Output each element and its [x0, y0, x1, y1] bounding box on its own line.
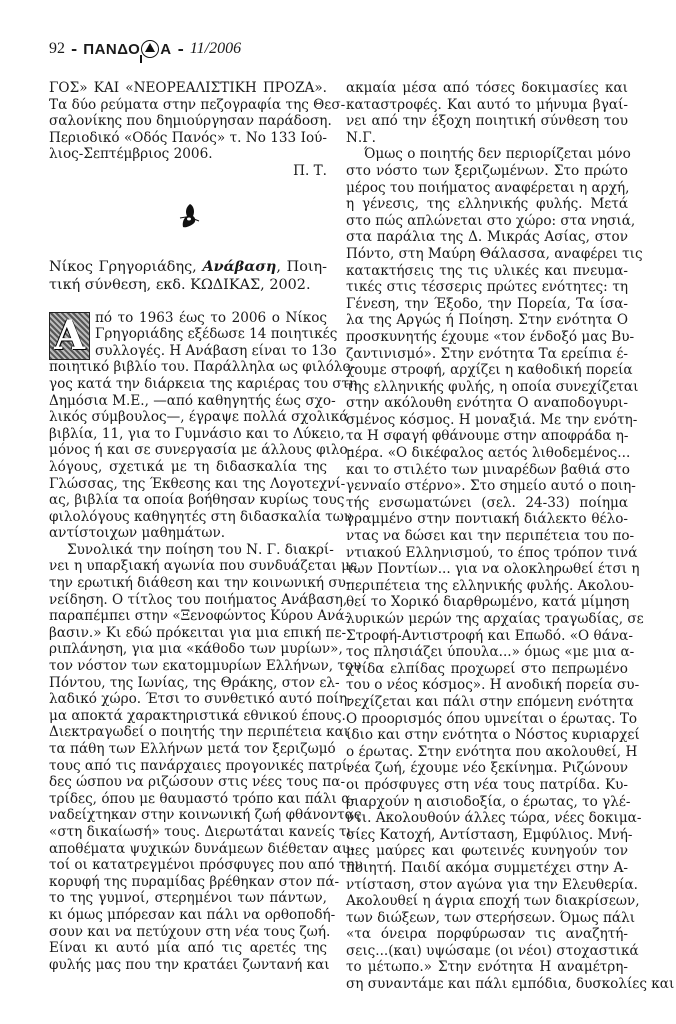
text-line: των Ποντίων... για να ολοκληρωθεί έτσι η — [346, 561, 628, 578]
text-line: Συνολικά την ποίηση του Ν. Γ. διακρί- — [49, 542, 327, 559]
text-line: λιος-Σεπτέμβριος 2006. — [49, 146, 327, 163]
text-line: χουμε στροφή, αρχίζει η καθοδική πορεία — [346, 362, 628, 379]
text-line: και το στιλέτο των μιναρέδων βαθιά στο — [346, 462, 628, 479]
text-line: ζαντινισμό». Στην ενότητα Τα ερείπια έ- — [346, 346, 628, 363]
text-line: τος πλησιάζει ύπουλα...» όμως «με μια α- — [346, 644, 628, 661]
text-line: αντίστοιχων μαθημάτων. — [49, 525, 327, 542]
review-body: Α πό το 1963 έως το 2006 ο Νίκος Γρηγορι… — [49, 310, 327, 974]
header-separator-2: - — [178, 40, 184, 58]
text-line: προσκυνητής έχουμε «τον ένδοξό μας Βυ- — [346, 329, 628, 346]
text-line: Ακολουθεί η άγρια εποχή των διακρίσεων, — [346, 893, 628, 910]
text-line: λα της Αργώς ή Ποίηση. Στην ενότητα Ο — [346, 312, 628, 329]
text-line: η γένεσις, της ελληνικής φυλής. Μετά — [346, 196, 628, 213]
text-line: καταστροφές. Και αυτό το μήνυμα βγαί- — [346, 97, 628, 114]
text-line: σουν και να πετύχουν στη νέα τους ζωή. — [49, 924, 327, 941]
text-line: ακμαία μέσα από τόσες δοκιμασίες και — [346, 80, 628, 97]
book-title: Ανάβαση — [202, 258, 276, 275]
text-line: Δημόσια Μ.Ε., —από καθηγητής έως σχο- — [49, 393, 327, 410]
text-line: Διεκτραγωδεί ο ποιητής την περιπέτεια κα… — [49, 724, 327, 741]
text-line: ση συναντάμε και πάλι εμπόδια, δυσκολίες… — [346, 976, 628, 993]
text-line: σίες Κατοχή, Αντίσταση, Εμφύλιος. Μνή- — [346, 827, 628, 844]
right-column: ακμαία μέσα από τόσες δοκιμασίες και κατ… — [346, 80, 628, 993]
drop-cap: Α — [49, 312, 90, 360]
text-line: χτίδα ελπίδας προχωρεί στο πεπρωμένο — [346, 661, 628, 678]
text-line: ριπλάνηση, για μια «κάθοδο των μυρίων», — [49, 641, 327, 658]
magazine-title: ΠΑΝΔΟ Α — [83, 40, 171, 58]
text-line: λόγους, σχετικά με τη διδασκαλία της — [49, 459, 327, 476]
text-line: νεχίζεται και πάλι στην επόμενη ενότητα — [346, 694, 628, 711]
text-line: ντίσταση, στον αγώνα για την Ελευθερία. — [346, 877, 628, 894]
text-line: ντιακού Ελληνισμού, το έπος τρόπον τινά — [346, 545, 628, 562]
book-author: Νίκος Γρηγοριάδης, — [49, 259, 197, 275]
text-line: Όμως ο ποιητής δεν περιορίζεται μόνο — [346, 146, 628, 163]
text-line: ποιητή. Παιδί ακόμα συμμετέχει στην Α- — [346, 860, 628, 877]
text-line: Πόντου, της Ιωνίας, της Θράκης, στον ελ- — [49, 675, 327, 692]
text-line: λυρικών μερών της αρχαίας τραγωδίας, σε — [346, 611, 628, 628]
text-line: τους από τις πανάρχαιες προγονικές πατρί… — [49, 758, 327, 775]
text-line: βασιν.» Κι εδώ πρόκειται για μια επική π… — [49, 625, 327, 642]
citation-line: τική σύνθεση, εκδ. ΚΩΔΙΚΑΣ, 2002. — [49, 276, 327, 294]
text-line: σαλονίκης που δημιούργησαν παράδοση. — [49, 113, 327, 130]
text-line: γενναίο στέρνο». Στο σημείο αυτό ο ποιη- — [346, 478, 628, 495]
text-line: Τα δύο ρεύματα στην πεζογραφία της Θεσ- — [49, 97, 327, 114]
text-line: συλλογές. Η Ανάβαση είναι το 13ο — [49, 343, 327, 360]
page-number: 92 — [49, 40, 65, 58]
text-line: στο πώς απλώνεται στο χώρο: στα νησιά, — [346, 213, 628, 230]
text-line: του ο νέος κόσμος». Η ανοδική πορεία συ- — [346, 677, 628, 694]
citation-text: , Ποιη- — [276, 259, 327, 275]
text-line: γος κατά την διάρκεια της καριέρας του σ… — [49, 376, 327, 393]
tree-logo-icon — [141, 40, 159, 58]
text-line: πό το 1963 έως το 2006 ο Νίκος — [49, 310, 327, 327]
text-line: νει η υπαρξιακή αγωνία που συνδυάζεται μ… — [49, 558, 327, 575]
text-line: ο έρωτας. Στην ενότητα που ακολουθεί, Η — [346, 744, 628, 761]
text-line: νέα ζωή, έχουμε νέο ξεκίνημα. Ριζώνουν — [346, 760, 628, 777]
text-line: το μέτωπο.» Στην ενότητα Η αναμέτρη- — [346, 959, 628, 976]
magazine-title-left: ΠΑΝΔΟ — [83, 41, 140, 58]
text-line: ΓΟΣ» ΚΑΙ «ΝΕΟΡΕΑΛΙΣΤΙΚΗ ΠΡΟΖΑ». — [49, 80, 327, 97]
text-line: ναδείχτηκαν στην κοινωνική ζωή φθάνοντας — [49, 807, 327, 824]
text-line: «τα όνειρα πορφύρωσαν τις αναζητή- — [346, 926, 628, 943]
text-line: φιλολόγους καθηγητές στη διδασκαλία των — [49, 509, 327, 526]
header-separator: - — [71, 40, 77, 58]
magazine-title-right: Α — [160, 41, 171, 58]
text-line: παραπέμπει στην «Ξενοφώντος Κύρου Ανά- — [49, 608, 327, 625]
text-line: Γένεση, την Έξοδο, την Πορεία, Τα ίσα- — [346, 296, 628, 313]
text-line: μες μαύρες και φωτεινές κυνηγούν τον — [346, 843, 628, 860]
text-line: Ν.Γ. — [346, 130, 628, 147]
text-line: τής ενσωματώνει (σελ. 24-33) ποίημα — [346, 495, 628, 512]
text-line: τα πάθη των Ελλήνων μετά τον ξεριζωμό — [49, 741, 327, 758]
text-line: Γρηγοριάδης εξέδωσε 14 ποιητικές — [49, 326, 327, 343]
text-line: Ο προορισμός όπου υμνείται ο έρωτας. Το — [346, 711, 628, 728]
text-line: ριαρχούν η αισιοδοξία, ο έρωτας, το γλέ- — [346, 794, 628, 811]
text-line: σμένος κόσμος. Η μοναξιά. Με την ενότη- — [346, 412, 628, 429]
text-line: μέρος του ποιήματος αναφέρεται η αρχή, — [346, 180, 628, 197]
text-line: της ελληνικής φυλής, η οποία συνεχίζεται — [346, 379, 628, 396]
issue-date: 11/2006 — [190, 40, 241, 58]
text-line: Περιοδικό «Οδός Πανός» τ. Νο 133 Ιού- — [49, 130, 327, 147]
text-line: τικές στις τέσσερις πρώτες ενότητες: τη — [346, 279, 628, 296]
book-citation: Νίκος Γρηγοριάδης, Ανάβαση, Ποιη- τική σ… — [49, 258, 327, 294]
running-header: 92 - ΠΑΝΔΟ Α - 11/2006 — [49, 38, 241, 60]
left-column: ΓΟΣ» ΚΑΙ «ΝΕΟΡΕΑΛΙΣΤΙΚΗ ΠΡΟΖΑ». Τα δύο ρ… — [49, 80, 327, 973]
text-line: κατακτήσεις της τις υλικές και πνευμα- — [346, 263, 628, 280]
text-line: ντι. Ακολουθούν άλλες τώρα, νέες δοκιμα- — [346, 810, 628, 827]
text-line: το της γυμνοί, στερημένοι των πάντων, — [49, 890, 327, 907]
text-line: νει από την έξοχη ποιητική σύνθεση του — [346, 113, 628, 130]
citation-line: Νίκος Γρηγοριάδης, Ανάβαση, Ποιη- — [49, 258, 327, 276]
text-line: μέρα. «Ο δικέφαλος αετός λιθοδεμένος... — [346, 445, 628, 462]
text-line: μόνος ή και σε συνεργασία με άλλους φιλο… — [49, 442, 327, 459]
text-line: Στροφή-Αντιστροφή και Επωδό. «Ο θάνα- — [346, 628, 628, 645]
text-line: «στη δικαίωσή» τους. Διερωτάται κανείς τ… — [49, 824, 327, 841]
text-line: στα παράλια της Δ. Μικράς Ασίας, στον — [346, 229, 628, 246]
text-line: ποιητικό βιβλίο του. Παράλληλα ως φιλόλο… — [49, 359, 327, 376]
text-line: Πόντο, στη Μαύρη Θάλασσα, αναφέρει τις — [346, 246, 628, 263]
text-line: Γλώσσας, της Έκθεσης και της Λογοτεχνί- — [49, 476, 327, 493]
butterfly-icon — [174, 202, 202, 230]
text-line: οι πρόσφυγες στη νέα τους πατρίδα. Κυ- — [346, 777, 628, 794]
text-line: αποθέματα ψυχικών δυνάμεων διέθεταν αυ- — [49, 841, 327, 858]
text-line: τον νόστον των εκατομμυρίων Ελλήνων, του — [49, 658, 327, 675]
text-line: ας, βιβλία τα οποία βοήθησαν κυρίως τους — [49, 492, 327, 509]
text-line: ίδιο και στην ενότητα ο Νόστος κυριαρχεί — [346, 727, 628, 744]
author-signature: Π. Τ. — [49, 163, 327, 180]
text-line: περιπέτεια της ελληνικής φυλής. Ακολου- — [346, 578, 628, 595]
text-line: κορυφή της πυραμίδας βρέθηκαν στον πά- — [49, 874, 327, 891]
text-line: μα αποκτά χαρακτηριστικά εθνικού έπους. — [49, 708, 327, 725]
text-line: λαδικό χώρο. Έτσι το συνθετικό αυτό ποίη… — [49, 691, 327, 708]
text-line: δες ώσπου να ριζώσουν στις νέες τους πα- — [49, 774, 327, 791]
text-line: φυλής μας που την κρατάει ζωντανή και — [49, 957, 327, 974]
text-line: λικός σύμβουλος—, έγραψε πολλά σχολικά — [49, 409, 327, 426]
drop-cap-letter: Α — [54, 316, 85, 356]
text-line: τοί οι κατατρεγμένοι πρόσφυγες που από τ… — [49, 857, 327, 874]
text-line: σεις...(και) υψώσαμε (οι νέοι) στοχαστικ… — [346, 943, 628, 960]
text-line: νείδηση. Ο τίτλος του ποιήματος Ανάβαση, — [49, 592, 327, 609]
text-line: την ερωτική διάθεση και την κοινωνική συ… — [49, 575, 327, 592]
text-line: ντας να δώσει και την περιπέτεια του πο- — [346, 528, 628, 545]
text-line: γραμμένο στην ποντιακή διάλεκτο θέλο- — [346, 511, 628, 528]
text-line: Είναι κι αυτό μία από τις αρετές της — [49, 940, 327, 957]
text-line: στο νόστο των ξεριζωμένων. Στο πρώτο — [346, 163, 628, 180]
text-line: κι όμως μπόρεσαν και πάλι να ορθοποδή- — [49, 907, 327, 924]
previous-article-ending: ΓΟΣ» ΚΑΙ «ΝΕΟΡΕΑΛΙΣΤΙΚΗ ΠΡΟΖΑ». Τα δύο ρ… — [49, 80, 327, 180]
text-line: των διώξεων, των στερήσεων. Όμως πάλι — [346, 910, 628, 927]
text-line: βιβλία, 11, για το Γυμνάσιο και το Λύκει… — [49, 426, 327, 443]
text-line: τρίδες, όπου με θαυμαστό τρόπο και πάλι … — [49, 791, 327, 808]
text-line: τα Η σφαγή φθάνουμε στην αποφράδα η- — [346, 428, 628, 445]
text-line: θεί το Χορικό διαρθρωμένο, κατά μίμηση — [346, 594, 628, 611]
text-line: στην ακόλουθη ενότητα Ο αναποδογυρι- — [346, 395, 628, 412]
